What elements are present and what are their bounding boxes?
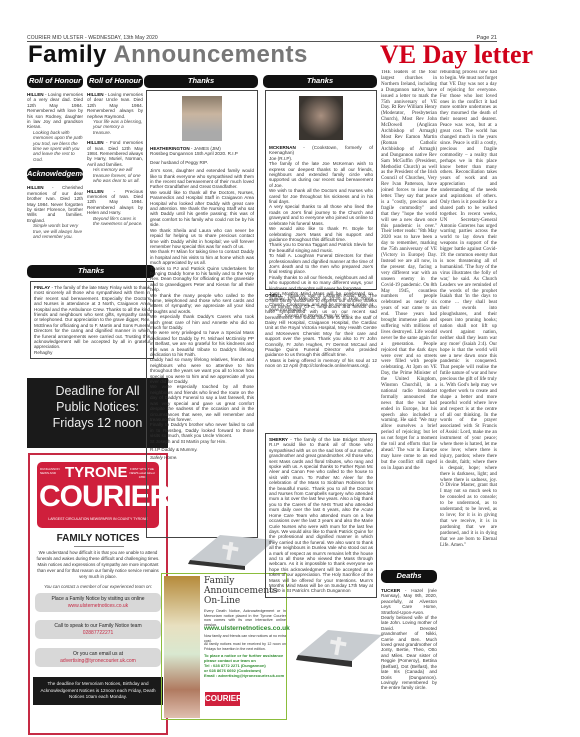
- visit-online-box[interactable]: Place a Family Notice by visiting us onl…: [35, 593, 161, 612]
- section-heading-acknowledgement: Acknowledgement: [27, 168, 83, 181]
- notice-hillen-1: HILLEN - Loving memories of a very dear …: [27, 92, 83, 130]
- title-family: Family: [28, 41, 107, 68]
- notice-hillen-5: HILLEN - Precious memories of Ivan. Died…: [87, 189, 143, 216]
- email-box[interactable]: Or you can email us at advertising@tyron…: [35, 648, 161, 667]
- deadline-footer: The deadline for Memoriam Notices, Birth…: [33, 677, 163, 705]
- notice-finlay: FINLAY - The family of the late Mary Fin…: [30, 281, 154, 359]
- notice-oneill: O'NEILL - Malachy, late of Listamlet Roa…: [265, 293, 377, 369]
- ad-photos: [164, 576, 200, 718]
- verse: Simple words but very true, we will alwa…: [27, 223, 83, 239]
- notice-hillen-4: HILLEN - Fond memories of Ivan. Died 12t…: [87, 140, 143, 167]
- tyrone-courier-logo: DUNGANNON NEWS AND TYRONE FIRST WITH THE…: [37, 462, 159, 528]
- photo-james-heatherington: [182, 96, 222, 141]
- section-heading-roll-of-honour: Roll of Honour: [87, 75, 143, 88]
- notice-sherry: SHERRY - The family of the late Bridget …: [265, 433, 377, 598]
- signoff: Rehaghy: [34, 350, 150, 355]
- verse: Looking back with memories upon the path…: [27, 130, 83, 162]
- page-title: Family Announcements: [28, 41, 308, 69]
- call-box[interactable]: Call to speak to our Family Notice team …: [35, 620, 161, 639]
- verse: Beyond life's cares is the sweetness of …: [87, 216, 143, 227]
- notices-website-link[interactable]: www.ulsternetnotices.co.uk: [37, 603, 159, 610]
- section-heading-roll-of-honour: Roll of Honour: [27, 75, 83, 88]
- section-heading-thanks: Thanks: [27, 265, 155, 278]
- col2-roll-of-honour: Roll of Honour HILLEN - Loving memories …: [87, 75, 143, 226]
- email-link[interactable]: advertising@tyronecourier.uk.com: [37, 658, 159, 665]
- courier-logo-small: COURIER: [205, 692, 240, 706]
- ve-day-article-col-a: THE leaders of the four largest churches…: [381, 70, 437, 530]
- ve-day-article-col-b: rebuilding process now had to begin. We …: [440, 70, 497, 737]
- section-heading-thanks: Thanks: [144, 75, 258, 88]
- notice-tucker: TUCKER - Hazel (née Ramsay), May 9th, 20…: [381, 588, 437, 691]
- notice-heatherington: HEATHERINGTON - JAMES (JIM) Rossbeg Dung…: [146, 90, 258, 538]
- notice-hillen-2: HILLEN - Cherished memories of our dear …: [27, 185, 83, 223]
- ve-day-headline: VE Day letter: [380, 41, 533, 69]
- title-announcements: Announcements: [113, 41, 308, 68]
- col1-roll-of-honour: Roll of Honour HILLEN - Loving memories …: [27, 75, 83, 239]
- section-heading-thanks: Thanks: [263, 75, 377, 88]
- notice-mckernan: MCKERNAN - (Cookstown, formerly of Keena…: [265, 90, 377, 290]
- verse: His memory we will treasure forever, of …: [87, 167, 143, 183]
- phone-link[interactable]: 02887722271: [37, 630, 159, 637]
- ulster-net-notices-link[interactable]: www.ulsternetnotices.co.uk: [204, 625, 286, 632]
- section-heading-deaths: Deaths: [381, 570, 437, 583]
- bible-icon: [290, 625, 385, 667]
- verse: Your life was a blessing, your memory a …: [87, 119, 143, 135]
- notice-hillen-3: HILLEN - Loving memories of dear Uncle I…: [87, 92, 143, 119]
- photo-joe-mckernan: [299, 96, 343, 140]
